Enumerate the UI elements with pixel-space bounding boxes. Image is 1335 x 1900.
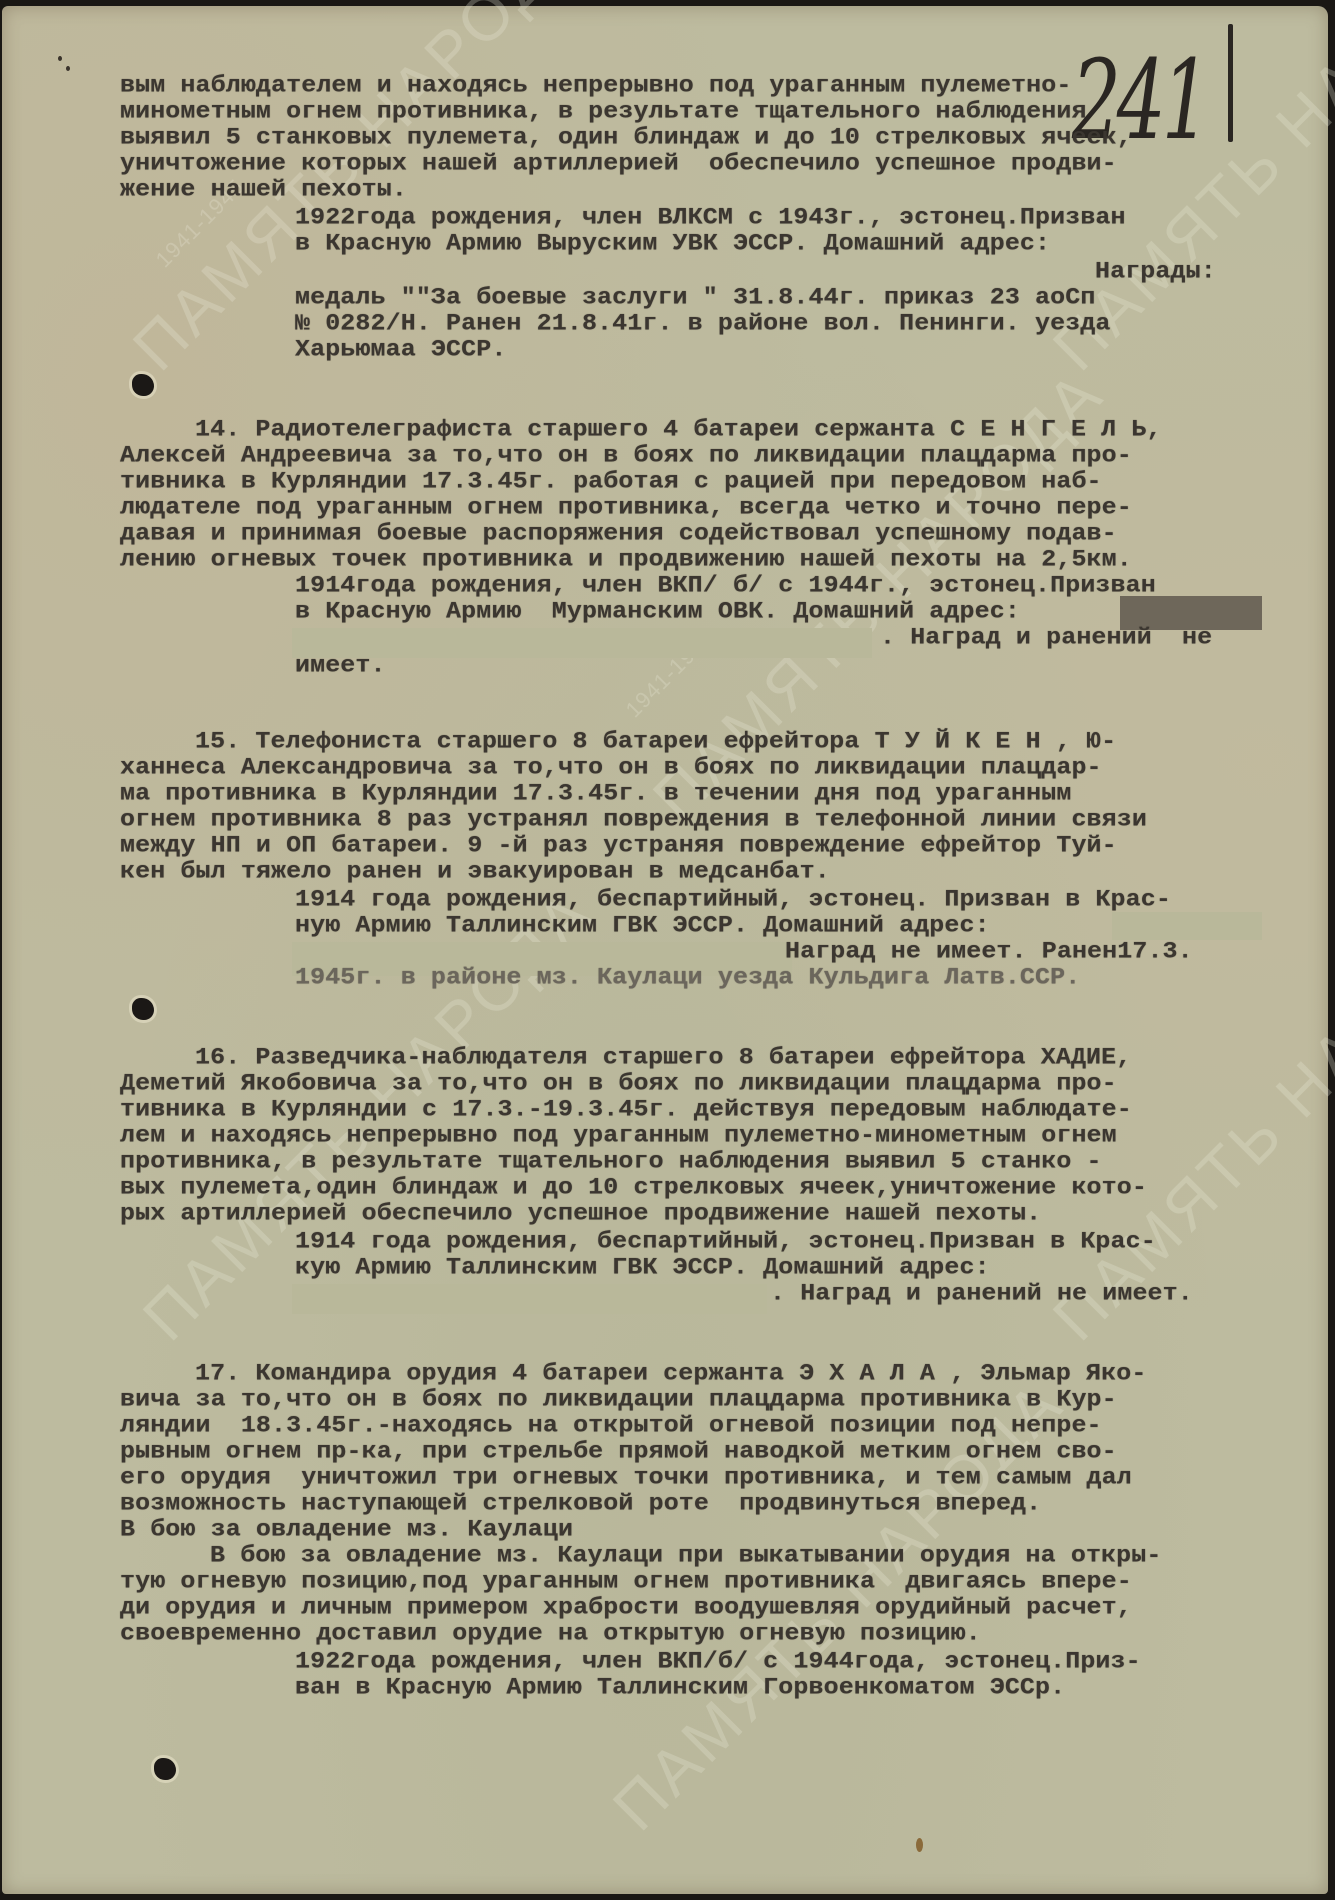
text-line: выявил 5 станковых пулемета, один блинда… xyxy=(120,126,1132,150)
text-line: кен был тяжело ранен и эвакуирован в мед… xyxy=(120,860,830,884)
text-line: 1922года рождения, член ВКП/б/ с 1944год… xyxy=(295,1650,1141,1674)
text-line: . Наград и ранений не имеет. xyxy=(770,1282,1193,1306)
text-line: огнем противника 8 раз устранял поврежде… xyxy=(120,808,1147,832)
text-line: между НП и ОП батареи. 9 -й раз устраняя… xyxy=(120,834,1117,858)
text-line: ханнеса Александровича за то,что он в бо… xyxy=(120,756,1102,780)
text-line: жение нашей пехоты. xyxy=(120,178,407,202)
text-line: 1914 года рождения, беспартийный, эстоне… xyxy=(295,888,1171,912)
text-line: В бою за овладение мз. Каулаци xyxy=(120,1518,573,1542)
ink-speck xyxy=(66,66,70,71)
text-line: имеет. xyxy=(295,654,386,678)
handwritten-margin-stroke xyxy=(1228,24,1233,142)
text-line: тую огневую позицию,под ураганным огнем … xyxy=(120,1570,1132,1594)
stain-speck xyxy=(916,1838,923,1852)
text-line: Награды: xyxy=(1095,260,1216,284)
text-line: Деметий Якобовича за то,что он в боях по… xyxy=(120,1072,1117,1096)
entry-15-heading: 15. Телефониста старшего 8 батареи ефрей… xyxy=(195,730,1116,754)
document-page: ПАМЯТЬ НАРОДА ПАМЯТЬ НАРОДА ПАМЯТЬ НАРОД… xyxy=(2,6,1328,1894)
text-line: ма противника в Курляндии 17.3.45г. в те… xyxy=(120,782,1071,806)
text-line: его орудия уничтожил три огневых точки п… xyxy=(120,1466,1132,1490)
entry-17-heading: 17. Командира орудия 4 батареи сержанта … xyxy=(195,1362,1146,1386)
text-line: возможность наступающей стрелковой роте … xyxy=(120,1492,1041,1516)
text-line: Харьюмаа ЭССР. xyxy=(295,338,506,362)
redaction-box xyxy=(292,1284,767,1314)
entry-16-heading: 16. Разведчика-наблюдателя старшего 8 ба… xyxy=(195,1046,1131,1070)
ink-speck xyxy=(58,56,62,61)
text-line: лению огневых точек противника и продвиж… xyxy=(120,548,1132,572)
text-line: 1922года рождения, член ВЛКСМ с 1943г., … xyxy=(295,206,1126,230)
entry-14-heading: 14. Радиотелеграфиста старшего 4 батареи… xyxy=(195,418,1162,442)
text-line: ляндии 18.3.45г.-находясь на открытой ог… xyxy=(120,1414,1102,1438)
text-line: вых пулемета,один блиндаж и до 10 стрелк… xyxy=(120,1176,1147,1200)
text-line: в Красную Армию Выруским УВК ЭССР. Домаш… xyxy=(295,232,1050,256)
text-line: вым наблюдателем и находясь непрерывно п… xyxy=(120,74,1071,98)
text-line: давая и принимая боевые распоряжения сод… xyxy=(120,522,1117,546)
text-line: . Наград и ранений не xyxy=(880,626,1212,650)
text-line: В бою за овладение мз. Каулаци при выкат… xyxy=(210,1544,1161,1568)
text-line: кую Армию Таллинским ГВК ЭССР. Домашний … xyxy=(295,1256,990,1280)
text-line: своевременно доставил орудие на открытую… xyxy=(120,1622,981,1646)
text-line: вича за то,что он в боях по ликвидации п… xyxy=(120,1388,1117,1412)
text-line: ван в Красную Армию Таллинским Горвоенко… xyxy=(295,1676,1065,1700)
text-line: рых артиллерией обеспечило успешное прод… xyxy=(120,1202,1041,1226)
text-line: Алексей Андреевича за то,что он в боях п… xyxy=(120,444,1132,468)
text-line: ди орудия и личным примером храбрости во… xyxy=(120,1596,1132,1620)
text-line: ную Армию Таллинским ГВК ЭССР. Домашний … xyxy=(295,914,1216,938)
text-line: людателе под ураганным огнем противника,… xyxy=(120,496,1132,520)
text-line: № 0282/Н. Ранен 21.8.41г. в районе вол. … xyxy=(295,312,1111,336)
punch-hole-2 xyxy=(132,998,154,1020)
text-line: противника, в результате тщательного наб… xyxy=(120,1150,1102,1174)
text-line: тивника в Курляндии 17.3.45г. работая с … xyxy=(120,470,1102,494)
text-line: уничтожение которых нашей артиллерией об… xyxy=(120,152,1117,176)
text-line: в Красную Армию Мурманским ОВК. Домашний… xyxy=(295,600,1186,624)
text-line: минометным огнем противника, в результат… xyxy=(120,100,1087,124)
text-line: 1945г. в районе мз. Каулаци уезда Кульди… xyxy=(295,966,1080,990)
redaction-box xyxy=(1112,912,1262,940)
text-line: медаль ""За боевые заслуги " 31.8.44г. п… xyxy=(295,286,1095,310)
text-line: лем и находясь непрерывно под ураганным … xyxy=(120,1124,1117,1148)
text-line: Наград не имеет. Ранен17.3. xyxy=(785,940,1193,964)
text-line: тивника в Курляндии с 17.3.-19.3.45г. де… xyxy=(120,1098,1132,1122)
text-line: 1914 года рождения, беспартийный, эстоне… xyxy=(295,1230,1156,1254)
punch-hole-1 xyxy=(132,374,154,396)
punch-hole-3 xyxy=(154,1758,176,1780)
text-line: рывным огнем пр-ка, при стрельбе прямой … xyxy=(120,1440,1117,1464)
text-line: 1914года рождения, член ВКП/ б/ с 1944г.… xyxy=(295,574,1156,598)
